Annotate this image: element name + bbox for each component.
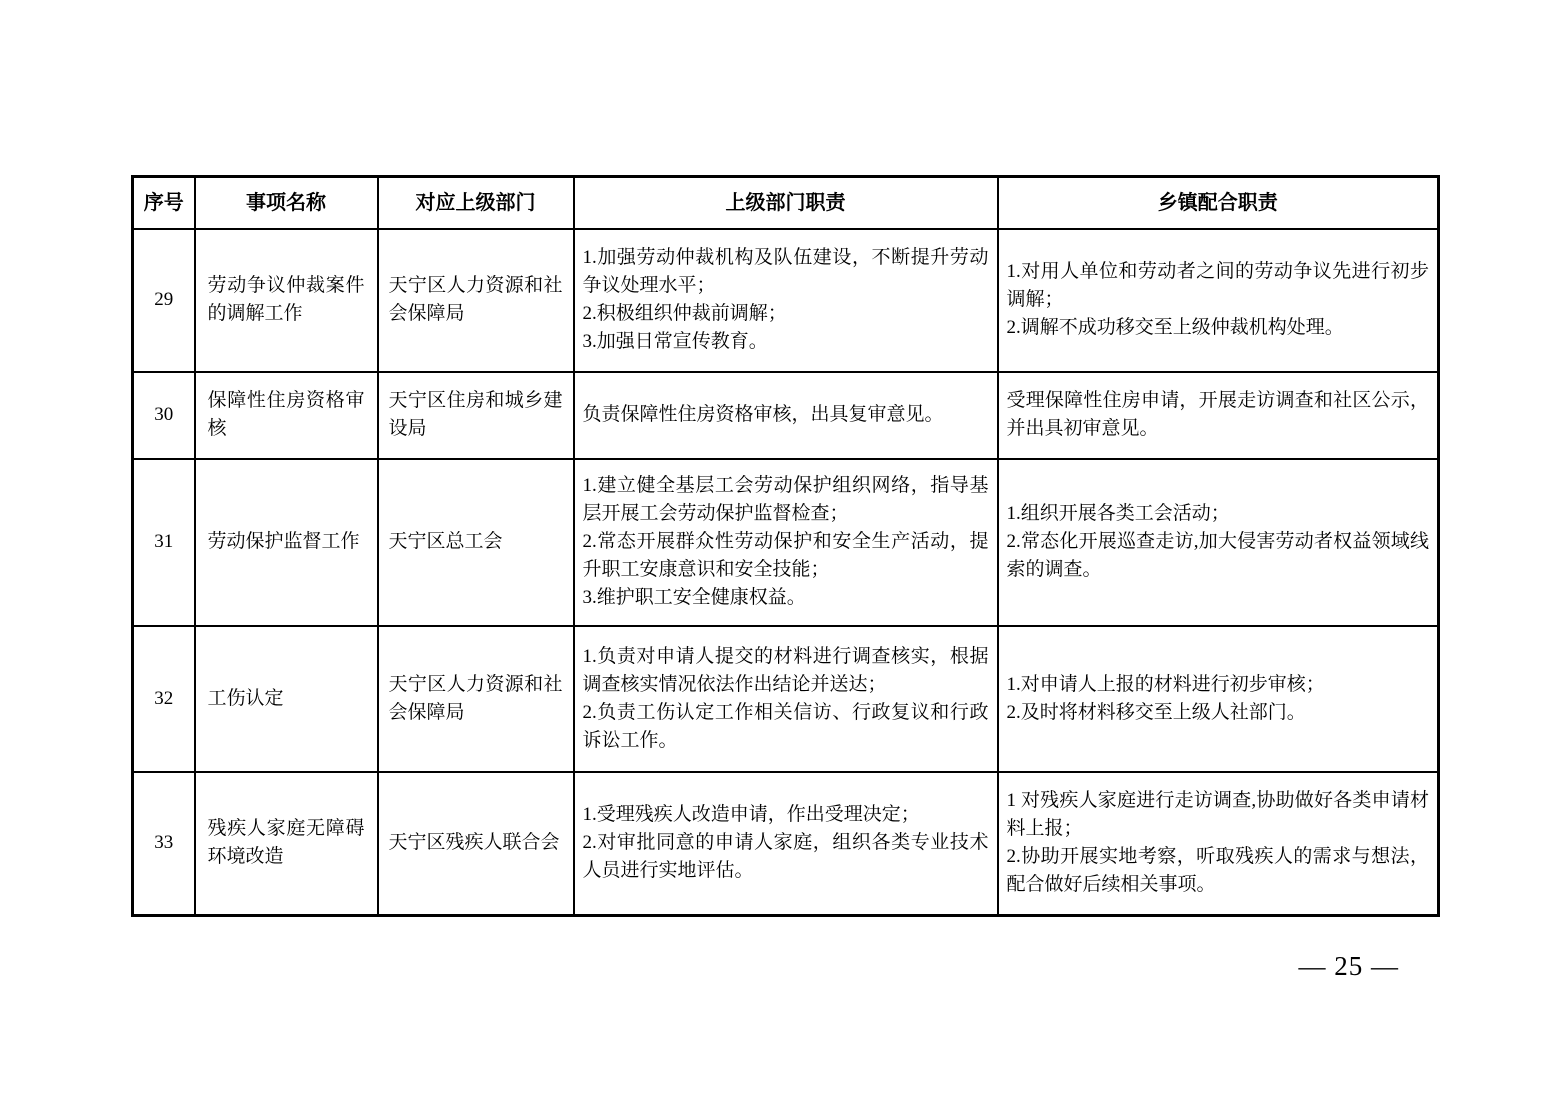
header-no: 序号 <box>133 177 195 229</box>
cell-department: 天宁区残疾人联合会 <box>378 772 574 916</box>
cell-department: 天宁区人力资源和社会保障局 <box>378 229 574 372</box>
cell-township-duties: 1 对残疾人家庭进行走访调查,协助做好各类申请材料上报； 2.协助开展实地考察，… <box>998 772 1439 916</box>
cell-superior-duties: 1.负责对申请人提交的材料进行调查核实，根据调查核实情况依法作出结论并送达； 2… <box>574 626 998 772</box>
cell-superior-duties: 1.受理残疾人改造申请，作出受理决定； 2.对审批同意的申请人家庭，组织各类专业… <box>574 772 998 916</box>
header-township-duties: 乡镇配合职责 <box>998 177 1439 229</box>
cell-township-duties: 1.对申请人上报的材料进行初步审核； 2.及时将材料移交至上级人社部门。 <box>998 626 1439 772</box>
responsibility-table-container: 序号 事项名称 对应上级部门 上级部门职责 乡镇配合职责 29 劳动争议仲裁案件… <box>131 175 1437 917</box>
cell-item-name: 保障性住房资格审核 <box>195 372 378 459</box>
cell-superior-duties: 负责保障性住房资格审核，出具复审意见。 <box>574 372 998 459</box>
cell-township-duties: 1.对用人单位和劳动者之间的劳动争议先进行初步调解； 2.调解不成功移交至上级仲… <box>998 229 1439 372</box>
cell-department: 天宁区人力资源和社会保障局 <box>378 626 574 772</box>
cell-department: 天宁区总工会 <box>378 459 574 626</box>
document-page: 序号 事项名称 对应上级部门 上级部门职责 乡镇配合职责 29 劳动争议仲裁案件… <box>0 0 1559 1102</box>
page-number: — 25 — <box>1299 951 1400 982</box>
cell-no: 29 <box>133 229 195 372</box>
cell-item-name: 劳动保护监督工作 <box>195 459 378 626</box>
cell-item-name: 残疾人家庭无障碍环境改造 <box>195 772 378 916</box>
table-row: 29 劳动争议仲裁案件的调解工作 天宁区人力资源和社会保障局 1.加强劳动仲裁机… <box>133 229 1439 372</box>
cell-no: 31 <box>133 459 195 626</box>
header-department: 对应上级部门 <box>378 177 574 229</box>
cell-no: 33 <box>133 772 195 916</box>
table-row: 30 保障性住房资格审核 天宁区住房和城乡建设局 负责保障性住房资格审核，出具复… <box>133 372 1439 459</box>
cell-superior-duties: 1.加强劳动仲裁机构及队伍建设，不断提升劳动争议处理水平； 2.积极组织仲裁前调… <box>574 229 998 372</box>
cell-no: 32 <box>133 626 195 772</box>
table-row: 33 残疾人家庭无障碍环境改造 天宁区残疾人联合会 1.受理残疾人改造申请，作出… <box>133 772 1439 916</box>
cell-department: 天宁区住房和城乡建设局 <box>378 372 574 459</box>
cell-superior-duties: 1.建立健全基层工会劳动保护组织网络，指导基层开展工会劳动保护监督检查； 2.常… <box>574 459 998 626</box>
header-item-name: 事项名称 <box>195 177 378 229</box>
cell-item-name: 劳动争议仲裁案件的调解工作 <box>195 229 378 372</box>
table-header-row: 序号 事项名称 对应上级部门 上级部门职责 乡镇配合职责 <box>133 177 1439 229</box>
table-row: 32 工伤认定 天宁区人力资源和社会保障局 1.负责对申请人提交的材料进行调查核… <box>133 626 1439 772</box>
responsibility-table: 序号 事项名称 对应上级部门 上级部门职责 乡镇配合职责 29 劳动争议仲裁案件… <box>131 175 1440 917</box>
cell-no: 30 <box>133 372 195 459</box>
table-row: 31 劳动保护监督工作 天宁区总工会 1.建立健全基层工会劳动保护组织网络，指导… <box>133 459 1439 626</box>
cell-township-duties: 受理保障性住房申请，开展走访调查和社区公示，并出具初审意见。 <box>998 372 1439 459</box>
header-superior-duties: 上级部门职责 <box>574 177 998 229</box>
cell-township-duties: 1.组织开展各类工会活动； 2.常态化开展巡查走访,加大侵害劳动者权益领域线索的… <box>998 459 1439 626</box>
cell-item-name: 工伤认定 <box>195 626 378 772</box>
